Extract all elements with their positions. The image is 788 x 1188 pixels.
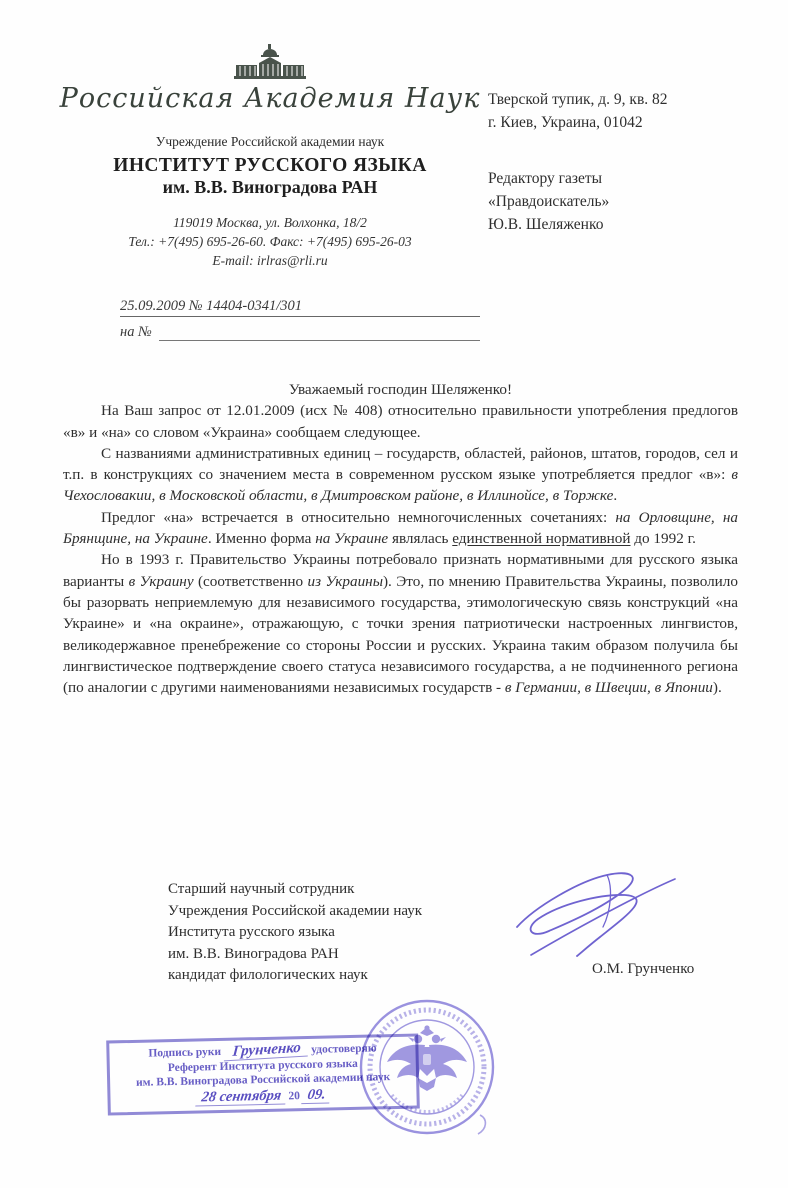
paragraph-segment: . Именно форма (208, 530, 315, 547)
signoff-line: Института русского языка (168, 922, 422, 944)
institute-name-line2: им. В.В. Виноградова РАН (58, 177, 482, 198)
stamp-handwritten-year: 09. (302, 1087, 332, 1103)
recipient-to-line2: «Правдоискатель» (488, 190, 764, 213)
paragraph-segment: . (613, 487, 617, 504)
letterhead: Российская Академия Наук Учреждение Росс… (58, 42, 482, 270)
paragraph-segment: ). Это, по мнению Правительства Украины,… (63, 573, 738, 696)
recipient-to-line3: Ю.В. Шеляженко (488, 213, 764, 236)
signoff-line: кандидат филологических наук (168, 965, 422, 987)
institute-contacts: 119019 Москва, ул. Волхонка, 18/2 Тел.: … (58, 213, 482, 270)
paragraph-segment: до 1992 г. (631, 530, 696, 547)
recipient-column: Тверской тупик, д. 9, кв. 82 г. Киев, Ук… (488, 88, 764, 236)
handwritten-signature (503, 863, 708, 968)
institute-name-line1: ИНСТИТУТ РУССКОГО ЯЗЫКА (58, 155, 482, 177)
signoff-line: им. В.В. Виноградова РАН (168, 944, 422, 966)
recipient-to-line1: Редактору газеты (488, 167, 764, 190)
paragraph-segment-examples: в Украину (129, 573, 194, 590)
stamp-typed-century: 20 (288, 1090, 300, 1102)
paragraph-segment-underlined: единственной нормативной (452, 530, 630, 547)
paragraph-segment-examples: в Германии, в Швеции, в Японии (505, 679, 713, 696)
paragraph-segment: являлась (388, 530, 452, 547)
signoff-line: Учреждения Российской академии наук (168, 901, 422, 923)
outgoing-date-number: 25.09.2009 № 14404-0341/301 (120, 298, 480, 317)
paragraph-segment: ). (713, 679, 722, 696)
greeting: Уважаемый господин Шеляженко! (63, 379, 738, 400)
paragraph-segment: (соответственно (194, 573, 308, 590)
org-type-line: Учреждение Российской академии наук (58, 134, 482, 150)
recipient-address-line1: Тверской тупик, д. 9, кв. 82 (488, 88, 764, 111)
paragraph-segment: Предлог «на» встречается в относительно … (101, 509, 615, 526)
paragraph-segment: На Ваш запрос от 12.01.2009 (исх № 408) … (63, 402, 738, 440)
institute-postal-address: 119019 Москва, ул. Волхонка, 18/2 (58, 213, 482, 232)
body-paragraph: Предлог «на» встречается в относительно … (63, 507, 738, 550)
academy-script-title: Российская Академия Наук (58, 83, 482, 114)
reference-block: 25.09.2009 № 14404-0341/301 на № (120, 298, 480, 341)
letter-body: Уважаемый господин Шеляженко! На Ваш зап… (63, 379, 738, 698)
double-headed-eagle-seal (354, 997, 504, 1149)
stamp-handwritten-day-month: 28 сентября (195, 1088, 287, 1106)
signoff-block: Старший научный сотрудник Учреждения Рос… (168, 879, 422, 987)
scanned-letter-page: Российская Академия Наук Учреждение Росс… (0, 0, 788, 1188)
signer-name: О.М. Грунченко (592, 961, 694, 978)
body-paragraph: Но в 1993 г. Правительство Украины потре… (63, 549, 738, 698)
reply-to-blank-line (159, 324, 480, 341)
reply-to-label: на № (120, 324, 152, 341)
signoff-line: Старший научный сотрудник (168, 879, 422, 901)
paragraph-segment-examples: из Украины (308, 573, 383, 590)
recipient-address-line2: г. Киев, Украина, 01042 (488, 111, 764, 134)
body-paragraph: На Ваш запрос от 12.01.2009 (исх № 408) … (63, 400, 738, 443)
institute-phone-fax: Тел.: +7(495) 695-26-60. Факс: +7(495) 6… (58, 232, 482, 251)
academy-building-icon (234, 42, 306, 82)
paragraph-segment-examples: на Украине (315, 530, 388, 547)
recipient-name-block: Редактору газеты «Правдоискатель» Ю.В. Ш… (488, 167, 764, 236)
reply-to-line: на № (120, 324, 480, 341)
stamp-line1-prefix: Подпись руки (148, 1046, 221, 1060)
body-paragraph: С названиями административных единиц – г… (63, 443, 738, 507)
institute-email: E-mail: irlras@rli.ru (58, 251, 482, 270)
paragraph-segment: С названиями административных единиц – г… (63, 445, 738, 483)
